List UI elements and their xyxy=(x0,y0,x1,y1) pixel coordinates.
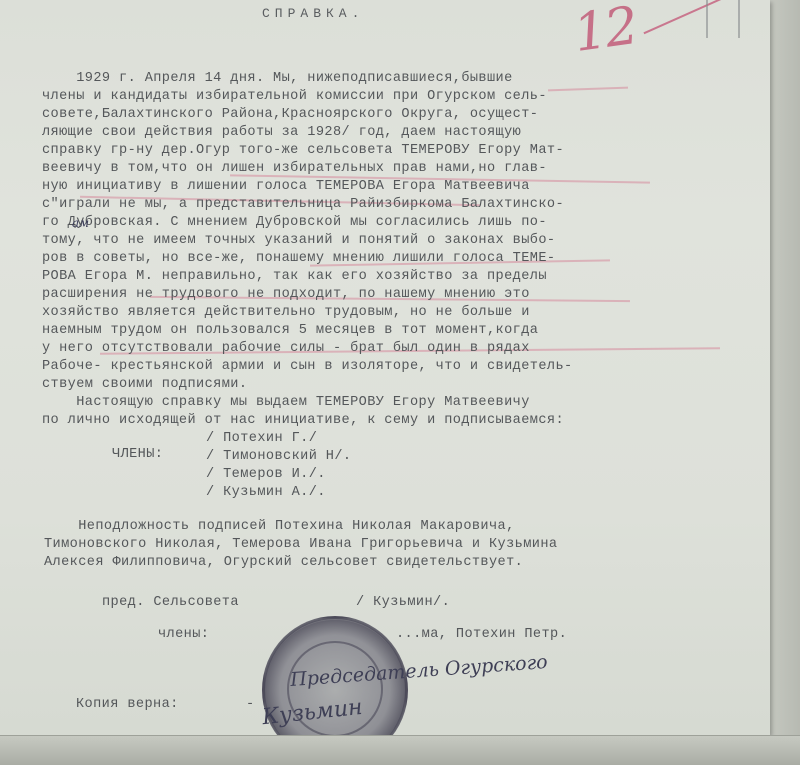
body-line: хозяйство является действительно трудовы… xyxy=(42,304,530,322)
body-line: ствуем своими подписями. xyxy=(42,376,247,394)
body-line: по лично исходящей от нас инициативе, к … xyxy=(42,412,564,430)
body-line: наемным трудом он пользовался 5 месяцев … xyxy=(42,322,538,340)
body-line: совете,Балахтинского Района,Красноярског… xyxy=(42,106,538,124)
chairman-label: пред. Сельсовета xyxy=(102,594,239,612)
red-pencil-number-annotation: 12 xyxy=(570,0,640,64)
margin-ink-correction: ам xyxy=(72,216,89,230)
body-line: го Дубровская. С мнением Дубровской мы с… xyxy=(42,214,547,232)
body-line: веевичу в том,что он лишен избирательных… xyxy=(42,160,547,178)
member-signature: / Темеров И./. xyxy=(206,466,326,484)
body-line: члены и кандидаты избирательной комиссии… xyxy=(42,88,547,106)
members-label: ЧЛЕНЫ: xyxy=(112,446,163,464)
underlying-page-edge xyxy=(0,735,800,765)
body-line: 1929 г. Апреля 14 дня. Мы, нижеподписавш… xyxy=(42,70,513,88)
body-line: справку гр-ну дер.Огур того-же сельсовет… xyxy=(42,142,564,160)
body-line: Настоящую справку мы выдаем ТЕМЕРОВУ Его… xyxy=(42,394,530,412)
red-underline xyxy=(548,87,628,92)
document-page: СПРАВКА. 12 1929 г. Апреля 14 дня. Мы, н… xyxy=(0,0,770,735)
body-line: ляющие свои действия работы за 1928/ год… xyxy=(42,124,521,142)
body-line: у него отсутствовали рабочие силы - брат… xyxy=(42,340,530,358)
certification-line: Алексея Филипповича, Огурский сельсовет … xyxy=(44,554,523,572)
body-line: ную инициативу в лишении голоса ТЕМЕРОВА… xyxy=(42,178,530,196)
document-title: СПРАВКА. xyxy=(262,6,364,21)
body-line: тому, что не имеем точных указаний и пон… xyxy=(42,232,555,250)
member-signature: / Тимоновский Н/. xyxy=(206,448,351,466)
body-line: ров в советы, но все-же, понашему мнению… xyxy=(42,250,555,268)
chairman-name: / Кузьмин/. xyxy=(356,594,450,612)
body-line: Рабоче- крестьянской армии и сын в изоля… xyxy=(42,358,573,376)
document-photo: СПРАВКА. 12 1929 г. Апреля 14 дня. Мы, н… xyxy=(0,0,800,765)
certification-line: Тимоновского Николая, Темерова Ивана Гри… xyxy=(44,536,557,554)
member-signature: / Кузьмин А./. xyxy=(206,484,326,502)
pencil-marks xyxy=(706,0,740,38)
body-line: с"игpали не мы, а представительница Райи… xyxy=(42,196,564,214)
copy-dash: - xyxy=(246,696,255,714)
body-line: РОВА Егора М. неправильно, так как его х… xyxy=(42,268,547,286)
council-members-names: ...ма, Потехин Петр. xyxy=(396,626,567,644)
copy-certified-label: Копия верна: xyxy=(76,696,179,714)
body-line: расширения не трудового не подходит, по … xyxy=(42,286,530,304)
council-members-label: члены: xyxy=(158,626,209,644)
member-signature: / Потехин Г./ xyxy=(206,430,317,448)
certification-line: Неподложность подписей Потехина Николая … xyxy=(44,518,515,536)
